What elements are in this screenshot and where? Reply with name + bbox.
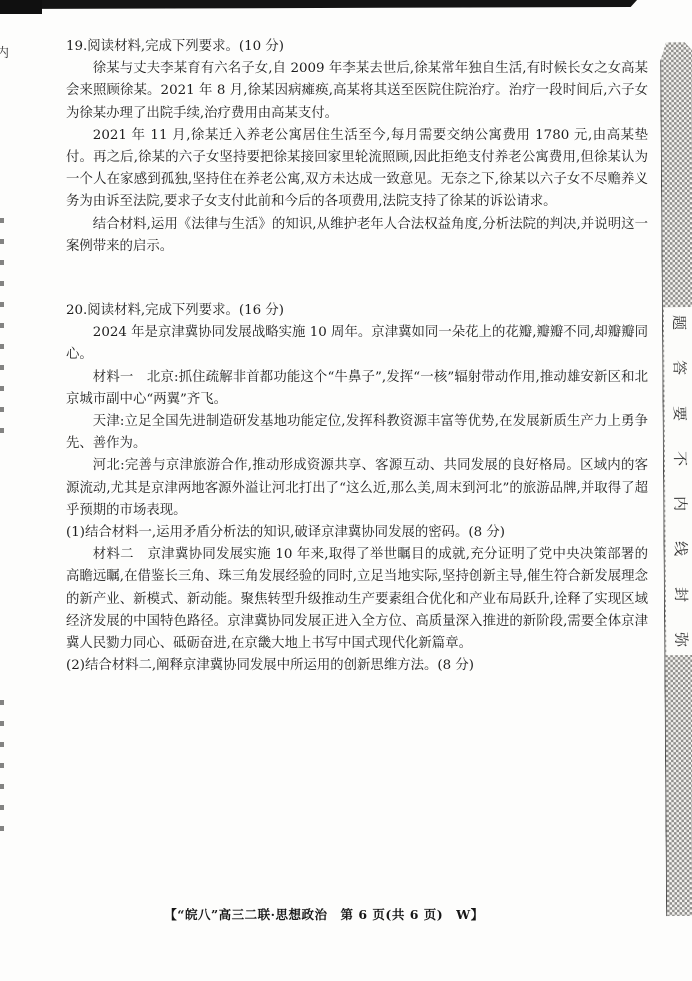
seal-char-mi: 弥 [673,632,688,647]
seal-line-strip: 题 答 要 不 内 线 封 弥 [660,42,692,916]
seal-char-ti: 题 [671,315,686,330]
question-19-header: 19.阅读材料,完成下列要求。(10 分) [66,36,648,58]
question-20-subquestion-2: (2)结合材料二,阐释京津冀协同发展中所运用的创新思维方法。(8 分) [66,655,648,677]
question-20-material-2: 材料二 京津冀协同发展实施 10 年来,取得了举世瞩目的成就,充分证明了党中央决… [66,544,648,655]
left-margin-glyph-fragment: 内 [0,42,9,61]
question-20-material-1-beijing: 材料一 北京:抓住疏解非首都功能这个“牛鼻子”,发挥“一核”辐射带动作用,推动雄… [66,367,648,411]
question-19-task: 结合材料,运用《法律与生活》的知识,从维护老年人合法权益角度,分析法院的判决,并… [66,214,648,258]
seal-char-da: 答 [671,360,686,375]
scan-artifact-top-bar [0,0,637,9]
seal-char-bu: 不 [672,451,687,466]
scan-artifact-left-marks-upper [0,218,4,438]
question-19: 19.阅读材料,完成下列要求。(10 分) 徐某与丈夫李某育有六名子女,自 20… [66,36,648,258]
question-20-material-1-tianjin: 天津:立足全国先进制造研发基地功能定位,发挥科教资源丰富等优势,在发展新质生产力… [66,411,648,455]
seal-char-feng: 封 [673,587,688,602]
seal-char-yao: 要 [672,406,687,421]
question-20-material-1-hebei: 河北:完善与京津旅游合作,推动形成资源共享、客源互动、共同发展的良好格局。区域内… [66,455,648,522]
question-20-subquestion-1: (1)结合材料一,运用矛盾分析法的知识,破译京津冀协同发展的密码。(8 分) [66,522,648,544]
question-20: 20.阅读材料,完成下列要求。(16 分) 2024 年是京津冀协同发展战略实施… [66,300,648,677]
seal-char-nei: 内 [672,496,687,511]
seal-line-label: 题 答 要 不 内 线 封 弥 [664,307,692,655]
seal-char-xian: 线 [672,541,687,556]
page-footer: 【“皖八”高三二联·思想政治 第 6 页(共 6 页) W】 [0,905,648,923]
question-19-paragraph-2: 2021 年 11 月,徐某迁入养老公寓居住生活至今,每月需要交纳公寓费用 17… [66,125,648,214]
question-20-header: 20.阅读材料,完成下列要求。(16 分) [66,300,648,322]
question-20-intro: 2024 年是京津冀协同发展战略实施 10 周年。京津冀如同一朵花上的花瓣,瓣瓣… [66,322,648,366]
scanned-exam-page: 内 题 答 要 不 内 线 封 弥 19.阅读材料,完成下列要求。(10 分) … [0,0,692,981]
exam-body: 19.阅读材料,完成下列要求。(10 分) 徐某与丈夫李某育有六名子女,自 20… [66,36,648,677]
question-19-paragraph-1: 徐某与丈夫李某育有六名子女,自 2009 年李某去世后,徐某常年独自生活,有时候… [66,58,648,125]
scan-artifact-top-left-corner [0,0,42,14]
scan-artifact-left-marks-lower [0,700,4,838]
